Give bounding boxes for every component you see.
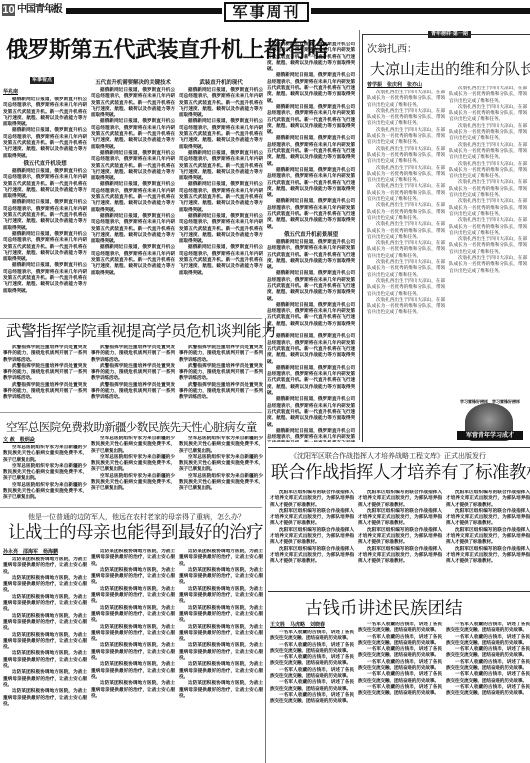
article-body: 边防某团积极协调地方医院，为战士重病母亲提供最好的治疗，让战士安心服役。边防某团…: [179, 549, 263, 763]
masthead-bar-left: 2010年6月11日 星期五 Military Weekly: [66, 8, 222, 14]
headline-air-force-hospital: 空军总医院免费救助新疆少数民族先天性心脏病女童: [6, 420, 257, 434]
article-body: 据俄新网近日报道，俄罗斯直升机公司总经理表示，俄罗斯将在未来几年内研发第五代武装…: [267, 42, 355, 442]
article-body: 边防某团积极协调地方医院，为战士重病母亲提供最好的治疗，让战士安心服役。边防某团…: [3, 557, 87, 763]
section-rule: [0, 412, 262, 413]
tag-military-focus: 军事看点: [30, 77, 54, 84]
masthead-bar-right: 本版编辑/刘 畅 电话：010-64098090 E-mail:junshi@c…: [311, 8, 530, 14]
headline-peacekeeper: 大凉山走出的维和分队长: [370, 60, 530, 78]
byline-ancient-coins: 王文胜 马虎略 刘晓春: [270, 622, 325, 629]
headline-soldier-mother: 让战士的母亲也能得到最好的治疗: [8, 522, 263, 544]
article-body: 空军总医院组织专家为来自新疆的少数民族先天性心脏病女童实施免费手术，孩子已康复出…: [179, 436, 263, 501]
article-body: 一名军人收藏的古钱币，讲述了各民族交往交流交融、团结奋进的历史故事。一名军人收藏…: [270, 630, 354, 763]
email-line: E-mail:junshi@cyol.com: [449, 15, 509, 22]
youth-learning-emblem-image: 学习雷锋好榜样 学习雷锋好榜样 军营青年学习成才: [455, 403, 525, 445]
section-rule: [0, 507, 262, 508]
column-rule: [359, 30, 360, 440]
kicker-joint-ops: 《沈阳军区联合作战指挥人才培养战略工程文库》正式出版发行: [290, 452, 486, 460]
decorative-slashes: ////: [50, 5, 58, 15]
article-body: 边防某团积极协调地方医院，为战士重病母亲提供最好的治疗，让战士安心服役。边防某团…: [91, 549, 175, 763]
byline-peacekeeper: 曾学振 张庆利 张亦山: [367, 82, 422, 89]
headline-ancient-coins: 古钱币讲述民族团结: [305, 598, 463, 620]
section-rule: [268, 447, 530, 448]
article-body: 空军总医院组织专家为来自新疆的少数民族先天性心脏病女童实施免费手术，孩子已康复出…: [91, 436, 175, 501]
article-body: 一名军人收藏的古钱币，讲述了各民族交往交流交融、团结奋进的历史故事。一名军人收藏…: [358, 622, 442, 763]
article-body: 次翁扎西出生于四川大凉山，在部队成长为一名优秀的维和分队长，带领官兵出色完成了维…: [449, 86, 527, 400]
page-number: 10: [2, 4, 15, 16]
article-body: 五代直升机需要解决的关键技术 据俄新网近日报道，俄罗斯直升机公司总经理表示，俄罗…: [91, 79, 175, 315]
emblem-arc-text: 学习雷锋好榜样 学习雷锋好榜样: [459, 399, 521, 405]
kicker-soldier-mother: 他是一位普通的边防军人，他远在农村老家的母亲得了重病，怎么办？: [28, 513, 245, 521]
article-body: 武警指挥学院注重培养学员处置突发事件的能力，围绕危机谈判开展了一系列教学训练活动…: [179, 345, 263, 407]
section-rule: [0, 318, 262, 319]
byline-soldier-mother: 孙永亮 邵海军 杨海鹏: [3, 549, 58, 556]
byline-helicopter: 华兆南: [3, 89, 18, 96]
section-title: 军事周刊: [224, 2, 309, 22]
byline-air-force-hospital: 文 赦 殷炳焱: [3, 437, 35, 444]
article-body: 次翁扎西出生于四川大凉山，在部队成长为一名优秀的维和分队长，带领官兵出色完成了维…: [367, 90, 445, 440]
article-body: 武装直升机的现代 据俄新网近日报道，俄罗斯直升机公司总经理表示，俄罗斯将在未来几…: [179, 79, 263, 315]
headline-armed-police: 武警指挥学院重视提高学员危机谈判能力: [6, 322, 276, 340]
editor-line: 本版编辑/刘 畅 电话：010-64098090: [315, 15, 405, 22]
article-body: 空军总医院组织专家为来自新疆的少数民族先天性心脏病女童实施免费手术，孩子已康复出…: [3, 445, 87, 501]
column-rule: [265, 318, 266, 763]
sidebar-left-rule: [362, 34, 363, 442]
article-body: 一名军人收藏的古钱币，讲述了各民族交往交流交融、团结奋进的历史故事。一名军人收藏…: [446, 622, 530, 763]
english-section: Military Weekly: [170, 15, 208, 22]
article-body: 沈阳军区组织编写的联合作战指挥人才培养文库正式出版发行，为部队培养指挥人才提供了…: [270, 490, 354, 582]
headline-joint-ops: 联合作战指挥人才培养有了标准教材: [271, 462, 530, 484]
kicker-peacekeeper: 次翁扎西：: [367, 44, 417, 56]
column-label: 青年榜样·第一期: [428, 31, 471, 38]
article-body: 武警指挥学院注重培养学员处置突发事件的能力，围绕危机谈判开展了一系列教学训练活动…: [91, 345, 175, 407]
emblem-banner: 军营青年学习成才: [457, 431, 523, 440]
article-body: 沈阳军区组织编写的联合作战指挥人才培养文库正式出版发行，为部队培养指挥人才提供了…: [358, 490, 442, 582]
article-body: 沈阳军区组织编写的联合作战指挥人才培养文库正式出版发行，为部队培养指挥人才提供了…: [446, 490, 530, 582]
article-body: 武警指挥学院注重培养学员处置突发事件的能力，围绕危机谈判开展了一系列教学训练活动…: [3, 345, 87, 407]
section-rule: [268, 591, 530, 592]
masthead: 10 中国青年报 //// 2010年6月11日 星期五 Military We…: [0, 0, 530, 22]
date-line: 2010年6月11日 星期五: [70, 15, 127, 22]
article-body: 据俄新网近日报道，俄罗斯直升机公司总经理表示，俄罗斯将在未来几年内研发第五代武装…: [3, 97, 87, 315]
